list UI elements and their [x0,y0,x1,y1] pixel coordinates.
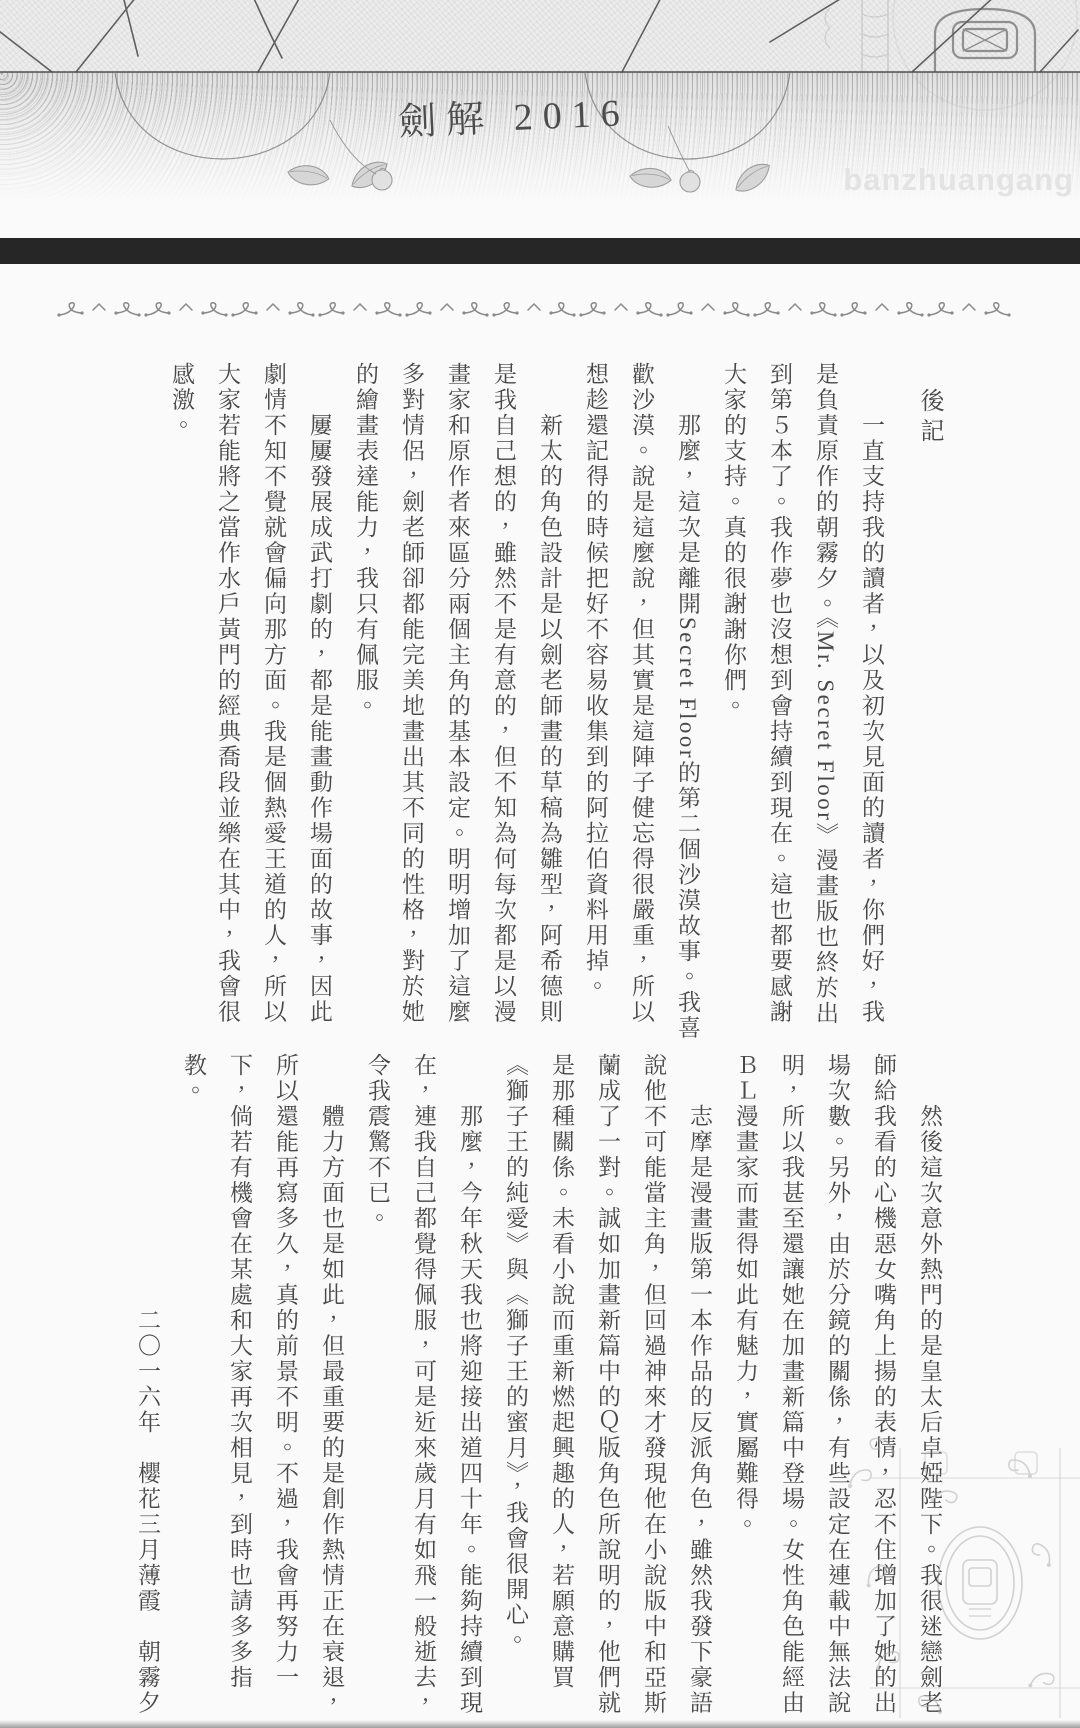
text-column: 多對情侶，劍老師卻都能完美地畫出其不同的性格，對於她 [388,362,434,1032]
leaf-cluster-right [628,126,775,196]
text-column: 歡沙漠。說是這麼說，但其實是這陣子健忘得很嚴重，所以 [618,362,664,1032]
afterword-title: 後記 [906,362,952,1032]
afterword-lower-text: 然後這次意外熱門的是皇太后卓婭陛下。我很迷戀劍老師給我看的心機惡女嘴角上揚的表情… [124,1053,952,1728]
page-bottom-shadow [0,1720,1080,1728]
lattice-structure [825,0,1077,110]
text-column: 的繪畫表達能力，我只有佩服。 [342,362,388,1032]
text-column: 志摩是漫畫版第一本作品的反派角色，雖然我發下豪語 [676,1053,722,1728]
text-column: 二〇一六年 櫻花三月薄霞 朝霧夕 [124,1053,170,1728]
corner-ornament-watermark [830,1388,1080,1728]
text-column: 是我自己想的，雖然不是有意的，但不知為何每次都是以漫 [480,362,526,1032]
text-column: 想趁還記得的時候把好不容易收集到的阿拉伯資料用掉。 [572,362,618,1032]
text-column: 大家的支持。真的很謝謝你們。 [710,362,756,1032]
text-column: 下，倘若有機會在某處和大家再次相見，到時也請多多指 [216,1053,262,1728]
header-artwork: 劍解 2016 banzhuangang [0,0,1080,212]
text-column: 所以還能再寫多久，真的前景不明。不過，我會再努力一 [262,1053,308,1728]
text-column: 劇情不知不覺就會偏向那方面。我是個熱愛王道的人，所以 [250,362,296,1032]
text-column: 那麼，這次是離開Secret Floor的第二個沙漠故事。我喜 [664,362,710,1032]
text-column: 感激。 [158,362,204,1032]
text-column: 畫家和原作者來區分兩個主角的基本設定。明明增加了這麼 [434,362,480,1032]
text-column: 屢屢發展成武打劇的，都是能畫動作場面的故事，因此 [296,362,342,1032]
text-column: 在，連我自己都覺得佩服，可是近來歲月有如飛一般逝去， [400,1053,446,1728]
text-column: 《獅子王的純愛》與《獅子王的蜜月》，我會很開心。 [492,1053,538,1728]
text-column: ＢＬ漫畫家而畫得如此有魅力，實屬難得。 [722,1053,768,1728]
text-column: 體力方面也是如此，但最重要的是創作熱情正在衰退， [308,1053,354,1728]
text-column: 是那種關係。未看小說而重新燃起興趣的人，若願意購買 [538,1053,584,1728]
text-column: 教。 [170,1053,216,1728]
leaf-cluster-left [286,120,392,192]
text-column: 蘭成了一對。誠如加畫新篇中的Ｑ版角色所說明的，他們就 [584,1053,630,1728]
text-column: 新太的角色設計是以劍老師畫的草稿為雛型，阿希德則 [526,362,572,1032]
site-watermark-text: banzhuangang [843,162,1074,198]
text-column: 一直支持我的讀者，以及初次見面的讀者，你們好，我 [848,362,894,1032]
text-column: 那麼，今年秋天我也將迎接出道四十年。能夠持續到現 [446,1053,492,1728]
text-column: 令我震驚不已。 [354,1053,400,1728]
lantern-dome-icon [935,9,1035,72]
manga-afterword-page: 劍解 2016 banzhuangang 後記 一直支持我的讀者，以及初次見面的… [0,0,1080,1728]
text-column: 大家若能將之當作水戶黃門的經典喬段並樂在其中，我會很 [204,362,250,1032]
text-column: 說他不可能當主角，但回過神來才發現他在小說版中和亞斯 [630,1053,676,1728]
ray-strokes [0,0,1078,72]
flourish-border [55,299,1015,321]
text-column: 是負責原作的朝霧夕。《Mr. Secret Floor》漫畫版也終於出 [802,362,848,1032]
artist-signature: 劍解 2016 [397,81,631,146]
afterword-upper-text: 後記 一直支持我的讀者，以及初次見面的讀者，你們好，我是負責原作的朝霧夕。《Mr… [158,362,952,1032]
text-column: 明，所以我甚至還讓她在加畫新篇中登場。女性角色能經由 [768,1053,814,1728]
text-column: 到第５本了。我作夢也沒想到會持續到現在。這也都要感謝 [756,362,802,1032]
separator-bar [0,238,1080,264]
